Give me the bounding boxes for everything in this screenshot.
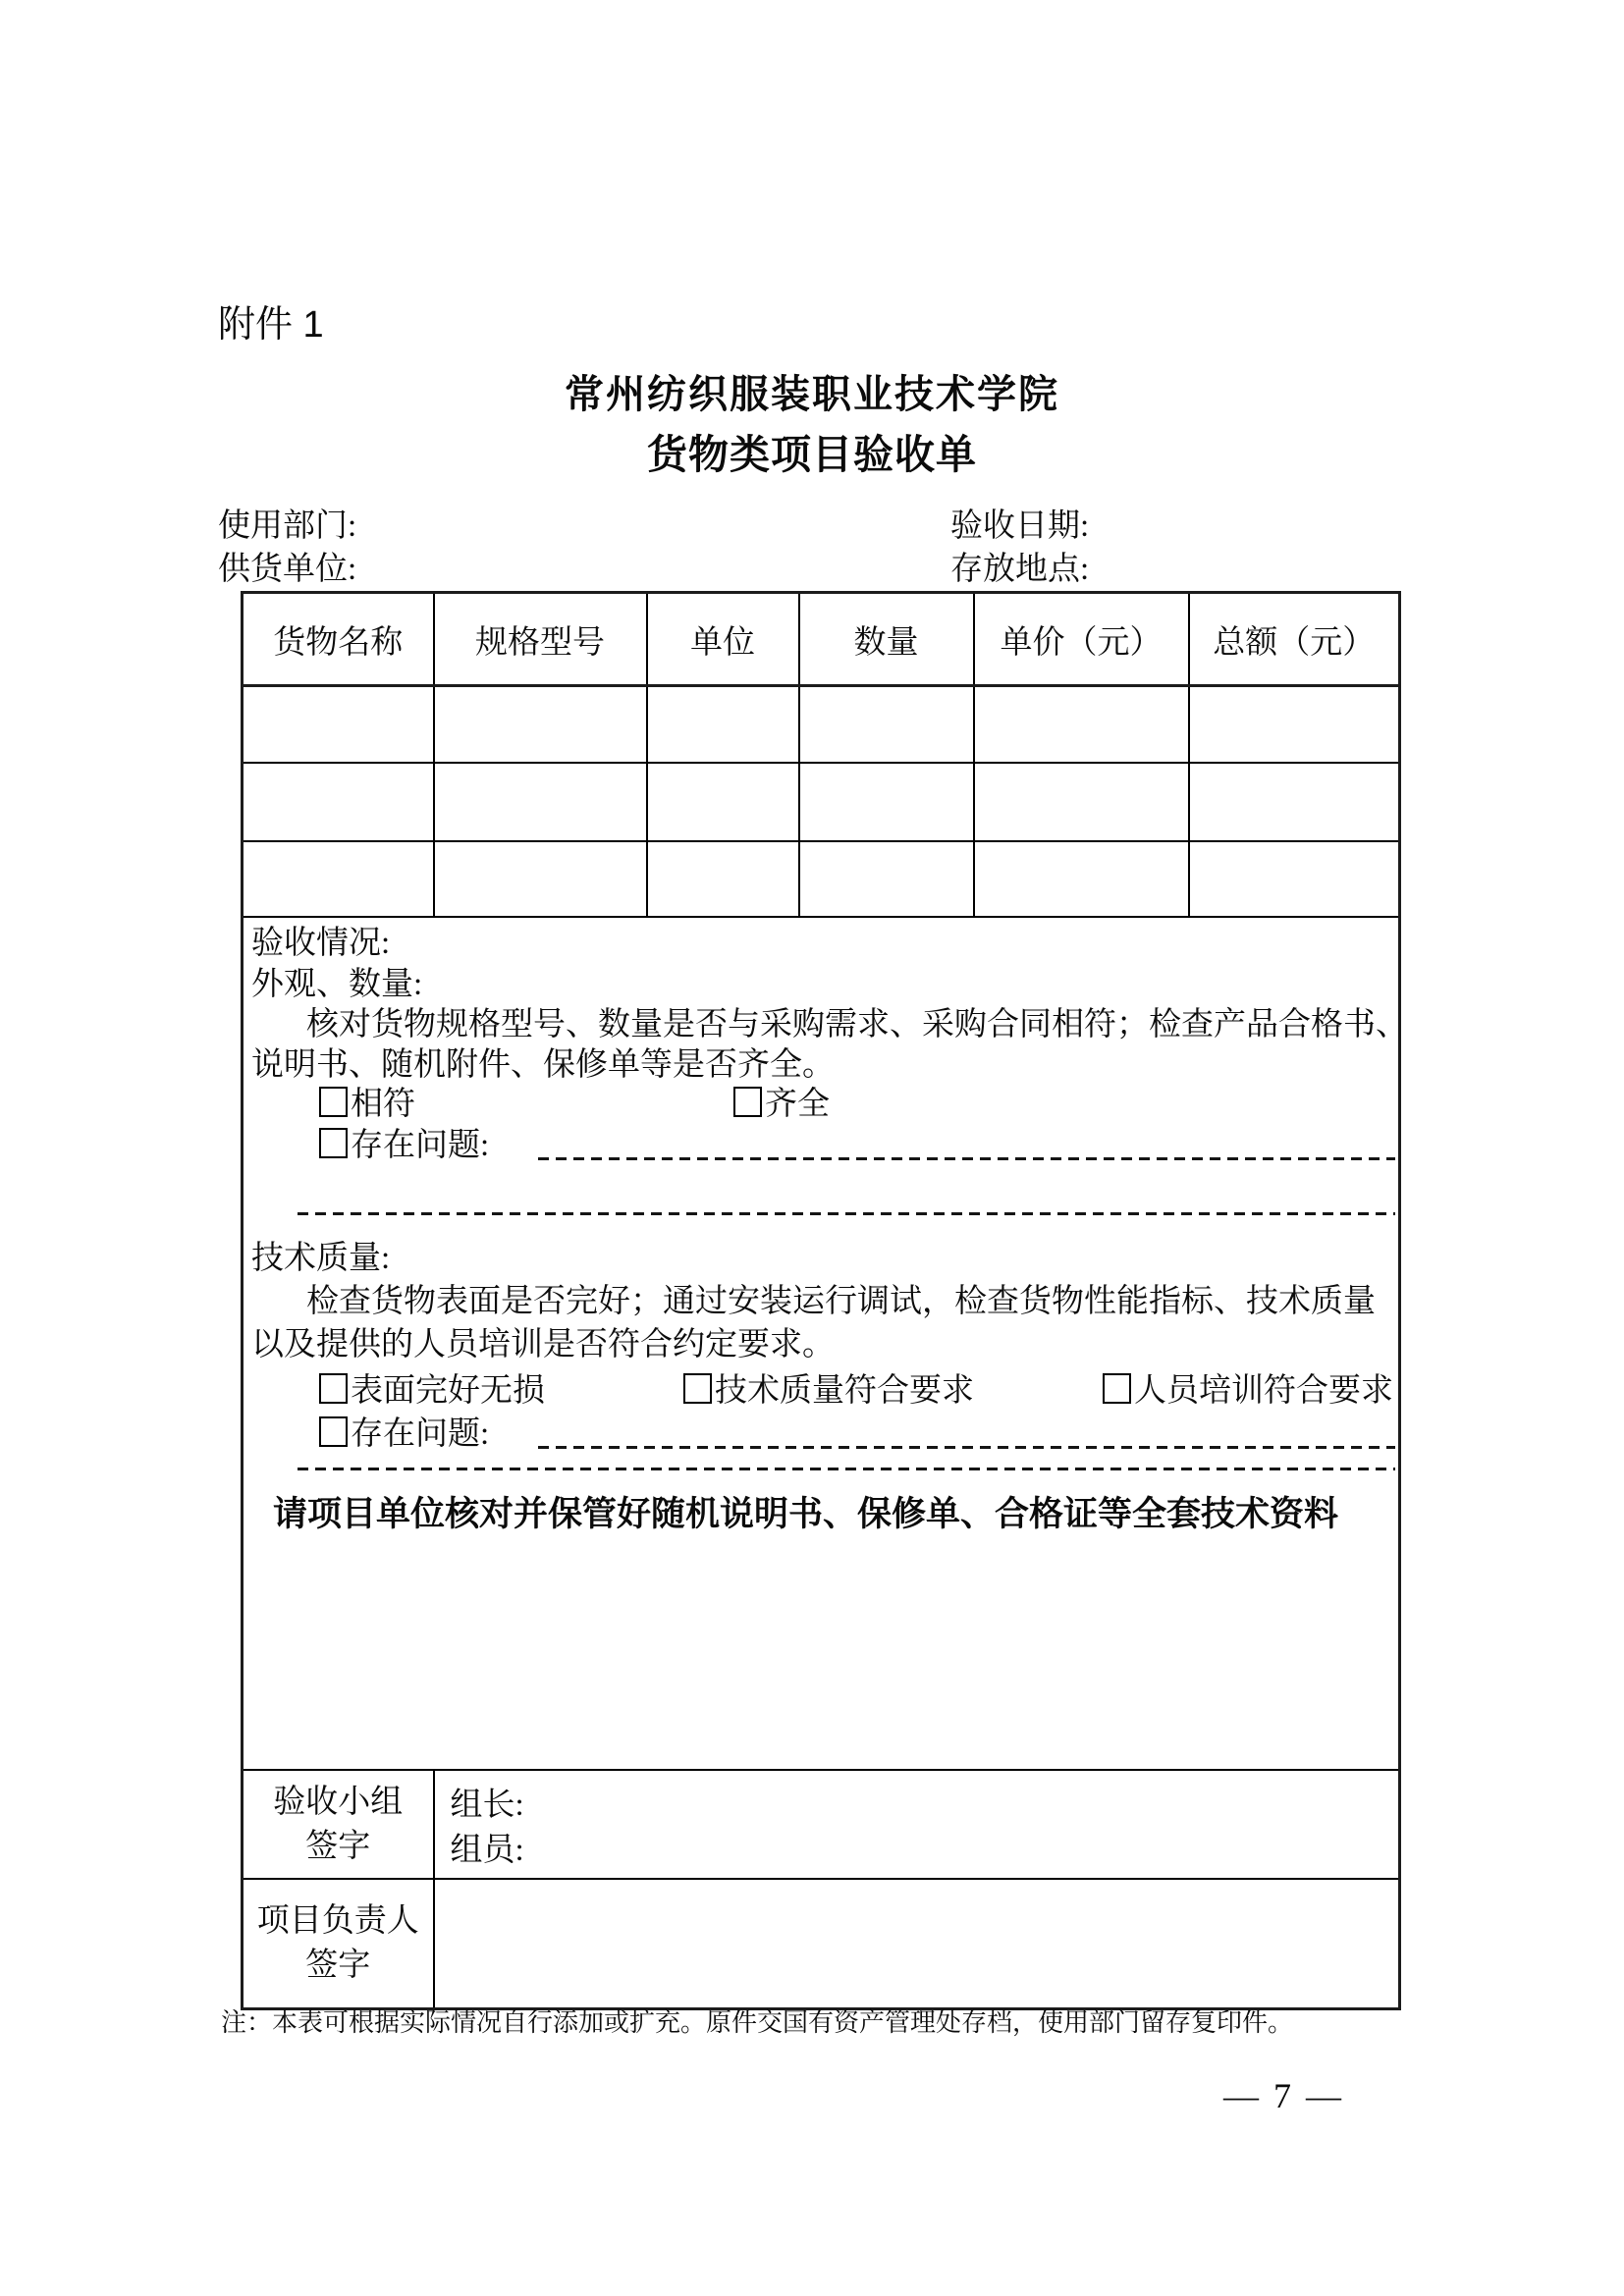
empty-goods-row [243, 686, 1400, 764]
col-header-unit: 单位 [647, 593, 799, 686]
appearance-problem-checkbox-option: 存在问题: [319, 1126, 489, 1165]
appearance-desc-line1: 核对货物规格型号、数量是否与采购需求、采购合同相符；检查产品合格书、 [306, 1005, 1408, 1044]
checkbox-icon [683, 1373, 712, 1404]
team-member-label: 组员: [451, 1828, 1399, 1873]
acceptance-form-table: 货物名称 规格型号 单位 数量 单价（元） 总额（元） 验收情况: 外观、数量: [241, 591, 1401, 2010]
empty-cell [799, 686, 974, 764]
empty-goods-row [243, 841, 1400, 917]
empty-cell [974, 763, 1189, 841]
acceptance-details-row: 验收情况: 外观、数量: 核对货物规格型号、数量是否与采购需求、采购合同相符；检… [243, 917, 1400, 1770]
page-number: — 7 — [1223, 2075, 1344, 2116]
checkbox-icon [733, 1087, 762, 1117]
manager-signature-cell [434, 1879, 1400, 2009]
empty-cell [647, 686, 799, 764]
surface-checkbox-option: 表面完好无损 [319, 1371, 545, 1411]
empty-cell [434, 763, 647, 841]
document-title: 常州纺织服装职业技术学院 [0, 363, 1624, 419]
problem-fill-line [538, 1157, 1395, 1160]
team-leader-label: 组长: [451, 1783, 1399, 1828]
team-signature-label-line2: 签字 [244, 1825, 433, 1869]
attachment-label: 附件 1 [218, 294, 324, 347]
problem-fill-line [538, 1446, 1395, 1449]
complete-checkbox-option: 齐全 [733, 1085, 830, 1124]
empty-cell [434, 841, 647, 917]
problem-fill-line [298, 1212, 1395, 1215]
empty-cell [243, 841, 434, 917]
surface-checkbox-label: 表面完好无损 [351, 1373, 545, 1409]
empty-cell [243, 686, 434, 764]
acceptance-date-label: 验收日期: [950, 507, 1089, 546]
technical-problem-checkbox-label: 存在问题: [351, 1416, 489, 1452]
manager-signature-label-line1: 项目负责人 [244, 1899, 433, 1944]
team-signature-cell: 组长: 组员: [434, 1770, 1400, 1879]
col-header-quantity: 数量 [799, 593, 974, 686]
checkbox-icon [319, 1416, 348, 1447]
empty-cell [1189, 841, 1400, 917]
manager-signature-label-line2: 签字 [244, 1944, 433, 1988]
technical-quality-subtitle: 技术质量: [251, 1239, 390, 1278]
empty-cell [974, 841, 1189, 917]
checkbox-icon [1103, 1373, 1131, 1404]
checkbox-icon [319, 1087, 348, 1117]
empty-goods-row [243, 763, 1400, 841]
technical-problem-checkbox-option: 存在问题: [319, 1415, 489, 1454]
empty-cell [799, 763, 974, 841]
footnote: 注：本表可根据实际情况自行添加或扩充。原件交国有资产管理处存档，使用部门留存复印… [221, 2002, 1293, 2039]
empty-cell [647, 841, 799, 917]
table-header-row: 货物名称 规格型号 单位 数量 单价（元） 总额（元） [243, 593, 1400, 686]
quality-checkbox-label: 技术质量符合要求 [715, 1373, 974, 1409]
technical-desc-line1: 检查货物表面是否完好；通过安装运行调试，检查货物性能指标、技术质量 [306, 1282, 1376, 1321]
technical-desc-line2: 以及提供的人员培训是否符合约定要求。 [251, 1325, 835, 1364]
team-signature-label-line1: 验收小组 [244, 1781, 433, 1825]
quality-checkbox-option: 技术质量符合要求 [683, 1371, 974, 1411]
appearance-desc-line2: 说明书、随机附件、保修单等是否齐全。 [251, 1045, 835, 1085]
col-header-spec-model: 规格型号 [434, 593, 647, 686]
appearance-quantity-subtitle: 外观、数量: [251, 965, 422, 1004]
acceptance-details-cell: 验收情况: 外观、数量: 核对货物规格型号、数量是否与采购需求、采购合同相符；检… [243, 917, 1400, 1770]
empty-cell [647, 763, 799, 841]
conform-checkbox-option: 相符 [319, 1085, 415, 1124]
empty-cell [243, 763, 434, 841]
col-header-unit-price: 单价（元） [974, 593, 1189, 686]
acceptance-team-signature-row: 验收小组 签字 组长: 组员: [243, 1770, 1400, 1879]
document-page: 附件 1 常州纺织服装职业技术学院 货物类项目验收单 使用部门: 供货单位: 验… [0, 0, 1624, 2296]
col-header-goods-name: 货物名称 [243, 593, 434, 686]
project-manager-signature-row: 项目负责人 签字 [243, 1879, 1400, 2009]
training-checkbox-label: 人员培训符合要求 [1134, 1373, 1393, 1409]
team-signature-label: 验收小组 签字 [243, 1770, 434, 1879]
document-subtitle: 货物类项目验收单 [0, 422, 1624, 480]
col-header-total-price: 总额（元） [1189, 593, 1400, 686]
training-checkbox-option: 人员培训符合要求 [1103, 1371, 1393, 1411]
acceptance-status-title: 验收情况: [251, 924, 390, 963]
storage-location-label: 存放地点: [950, 550, 1089, 589]
empty-cell [974, 686, 1189, 764]
complete-checkbox-label: 齐全 [765, 1087, 830, 1122]
empty-cell [799, 841, 974, 917]
use-department-label: 使用部门: [218, 507, 356, 546]
appearance-problem-checkbox-label: 存在问题: [351, 1128, 489, 1163]
checkbox-icon [319, 1128, 348, 1158]
supplier-label: 供货单位: [218, 550, 356, 589]
conform-checkbox-label: 相符 [351, 1087, 415, 1122]
keep-documents-notice: 请项目单位核对并保管好随机说明书、保修单、合格证等全套技术资料 [273, 1495, 1338, 1534]
empty-cell [1189, 686, 1400, 764]
manager-signature-label: 项目负责人 签字 [243, 1879, 434, 2009]
checkbox-icon [319, 1373, 348, 1404]
empty-cell [434, 686, 647, 764]
empty-cell [1189, 763, 1400, 841]
problem-fill-line [298, 1468, 1395, 1470]
